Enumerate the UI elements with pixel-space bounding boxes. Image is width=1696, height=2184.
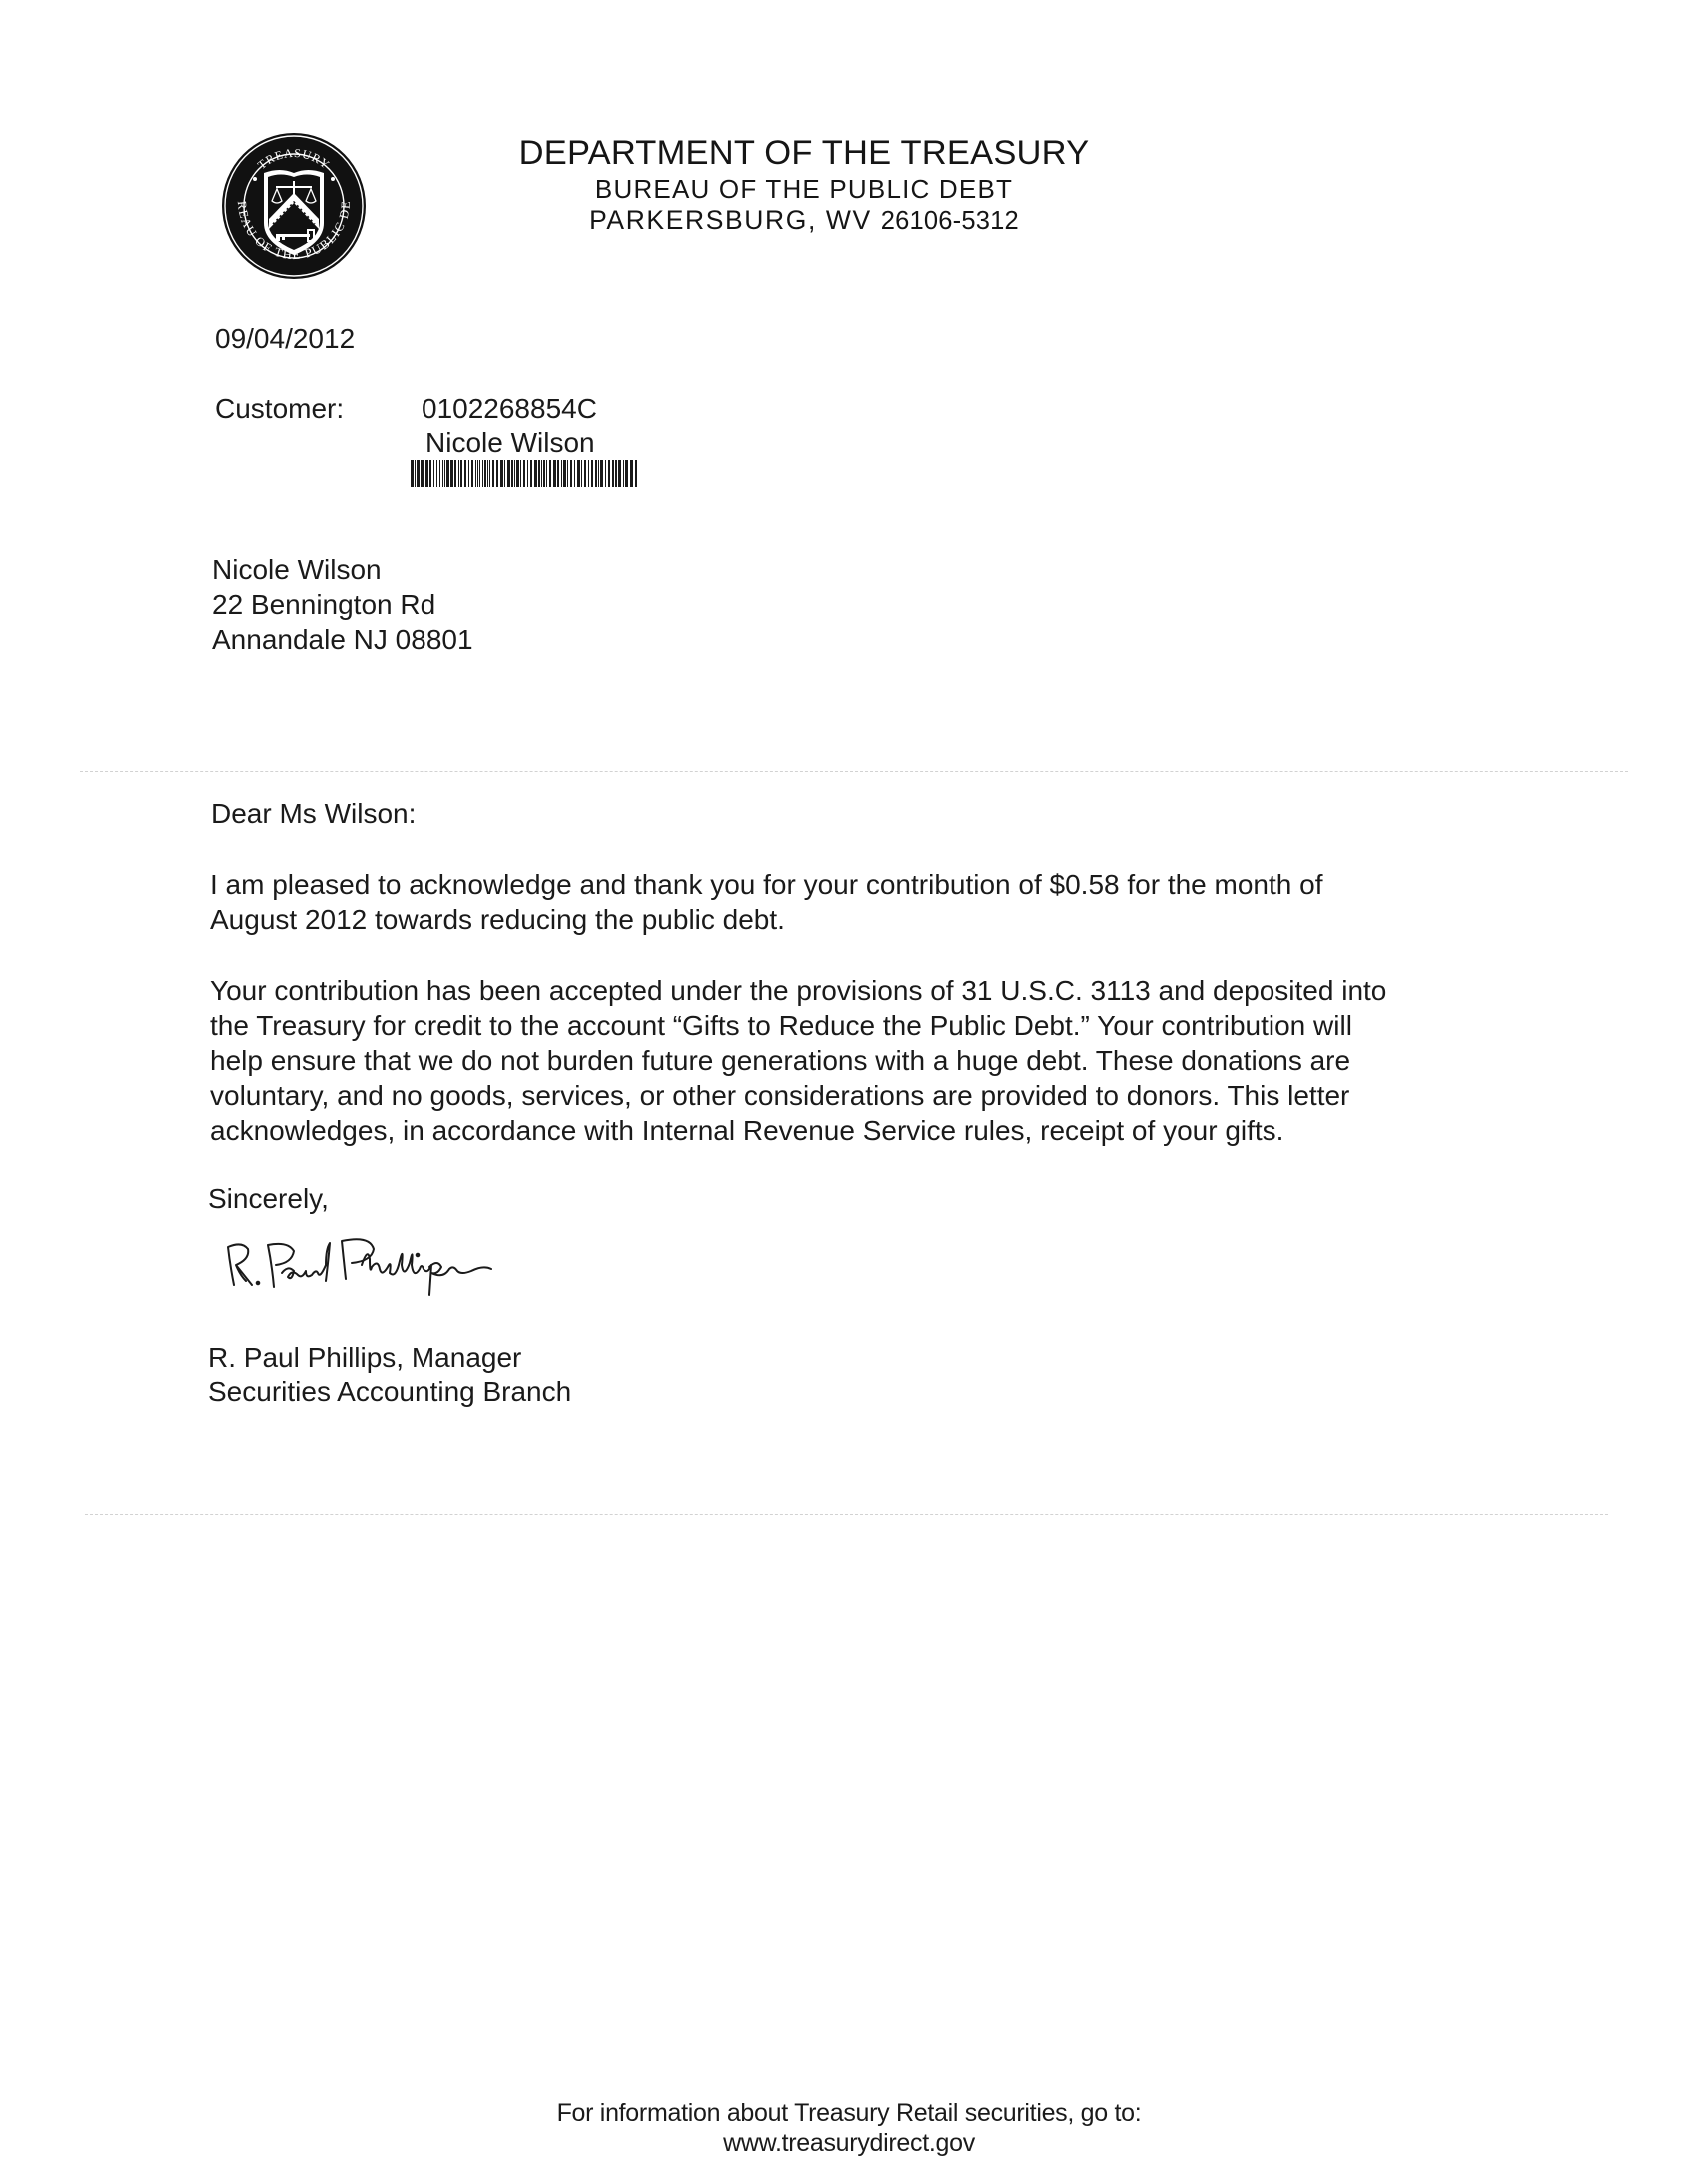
address-line-city: Annandale NJ 08801	[212, 622, 473, 657]
customer-id: 0102268854C	[422, 391, 597, 426]
letterhead-bureau: BUREAU OF THE PUBLIC DEBT	[400, 173, 1209, 205]
address-line-name: Nicole Wilson	[212, 552, 473, 587]
customer-label: Customer:	[215, 391, 344, 426]
body-line: help ensure that we do not burden future…	[210, 1043, 1386, 1078]
body-paragraph-1: I am pleased to acknowledge and thank yo…	[210, 867, 1322, 937]
signer-department: Securities Accounting Branch	[208, 1374, 571, 1409]
body-line: the Treasury for credit to the account “…	[210, 1008, 1386, 1043]
body-line: I am pleased to acknowledge and thank yo…	[210, 867, 1322, 902]
footer-info: For information about Treasury Retail se…	[400, 2098, 1298, 2128]
body-line: acknowledges, in accordance with Interna…	[210, 1113, 1386, 1148]
barcode-icon	[411, 460, 640, 487]
handwritten-signature-icon	[222, 1235, 571, 1305]
letterhead-address: PARKERSBURG, WV 26106-5312	[400, 203, 1209, 238]
body-line: voluntary, and no goods, services, or ot…	[210, 1078, 1386, 1113]
body-paragraph-2: Your contribution has been accepted unde…	[210, 973, 1386, 1148]
recipient-address: Nicole Wilson 22 Bennington Rd Annandale…	[212, 552, 473, 657]
footer: For information about Treasury Retail se…	[400, 2098, 1298, 2158]
address-line-street: 22 Bennington Rd	[212, 587, 473, 622]
letter-date: 09/04/2012	[215, 321, 355, 356]
treasury-seal-icon: TREASURY BUREAU OF THE PUBLIC DEBT	[220, 131, 368, 281]
fold-line	[80, 771, 1628, 772]
letterhead-zip: 26106-5312	[881, 207, 1019, 235]
letterhead-city: PARKERSBURG, WV	[589, 205, 872, 235]
body-line: August 2012 towards reducing the public …	[210, 902, 1322, 937]
fold-line	[85, 1514, 1608, 1515]
closing: Sincerely,	[208, 1181, 329, 1216]
body-line: Your contribution has been accepted unde…	[210, 973, 1386, 1008]
salutation: Dear Ms Wilson:	[211, 796, 416, 831]
signer-name-title: R. Paul Phillips, Manager	[208, 1340, 521, 1375]
letterhead-title: DEPARTMENT OF THE TREASURY	[400, 133, 1209, 173]
customer-name: Nicole Wilson	[425, 425, 595, 460]
footer-url-link[interactable]: www.treasurydirect.gov	[400, 2128, 1298, 2158]
